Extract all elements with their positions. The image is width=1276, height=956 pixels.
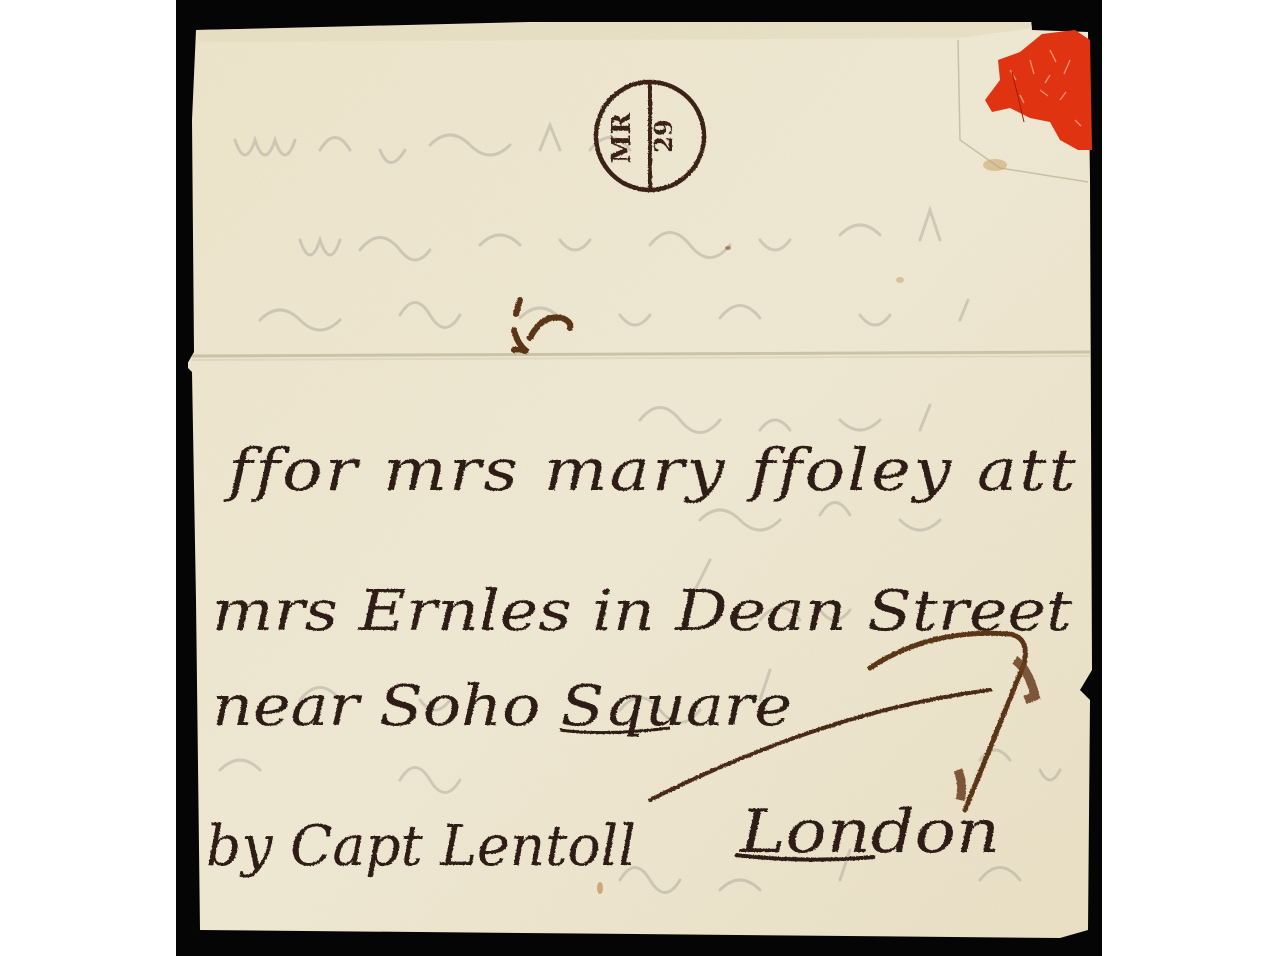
postmark-day: 29 <box>649 119 678 152</box>
address-line-4-carrier: by Capt Lentoll <box>206 814 636 879</box>
letter-cover: MR 29 ffor mrs mary ffoley att mrs Ernle… <box>188 22 1094 944</box>
address-line-2: mrs Ernles in Dean Street <box>212 579 1073 644</box>
address-line-1: ffor mrs mary ffoley att <box>223 436 1078 504</box>
address-line-3: near Soho Square <box>212 674 792 739</box>
postmark-month: MR <box>607 112 637 163</box>
